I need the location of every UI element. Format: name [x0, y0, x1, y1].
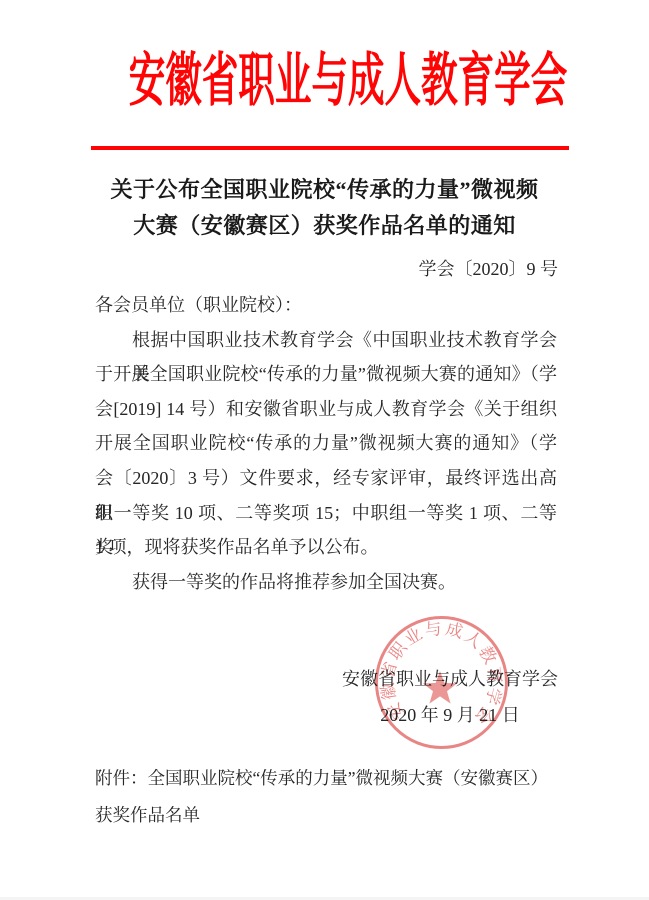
official-red-seal: 安徽省职业与成人教育学会 — [371, 612, 513, 754]
official-document-page: 安徽省职业与成人教育学会 关于公布全国职业院校“传承的力量”微视频 大赛（安徽赛… — [0, 0, 649, 900]
body-text-line: 根据中国职业技术教育学会《中国职业技术教育学会关 — [95, 323, 557, 358]
body-text-line: 获得一等奖的作品将推荐参加全国决赛。 — [95, 565, 557, 600]
document-number: 学会〔2020〕9 号 — [419, 256, 559, 282]
document-title: 关于公布全国职业院校“传承的力量”微视频 大赛（安徽赛区）获奖作品名单的通知 — [45, 172, 604, 244]
body-text-line: 1 项，现将获奖作品名单予以公布。 — [95, 530, 557, 565]
body-text-line: 开展全国职业院校“传承的力量”微视频大赛的通知》（学 — [95, 426, 557, 461]
document-body: 各会员单位（职业院校）：根据中国职业技术教育学会《中国职业技术教育学会关于开展全… — [95, 288, 557, 599]
attachment-line2: 获奖作品名单 — [95, 797, 595, 834]
letterhead-divider-line — [91, 146, 569, 150]
body-text-line: 于开展全国职业院校“传承的力量”微视频大赛的通知》（学 — [95, 357, 557, 392]
seal-star-icon — [423, 671, 457, 704]
document-title-line1: 关于公布全国职业院校“传承的力量”微视频 — [45, 172, 604, 208]
body-text-line: 会〔2020〕3 号）文件要求，经专家评审，最终评选出高职 — [95, 461, 557, 496]
letterhead: 安徽省职业与成人教育学会 — [0, 48, 649, 114]
letterhead-org-name: 安徽省职业与成人教育学会 — [129, 48, 567, 114]
body-text-line: 各会员单位（职业院校）： — [95, 288, 557, 323]
attachment-note: 附件：全国职业院校“传承的力量”微视频大赛（安徽赛区） 获奖作品名单 — [95, 760, 595, 834]
document-title-line2: 大赛（安徽赛区）获奖作品名单的通知 — [45, 208, 604, 244]
body-text-line: 会[2019] 14 号）和安徽省职业与成人教育学会《关于组织 — [95, 392, 557, 427]
body-text-line: 组一等奖 10 项、二等奖项 15；中职组一等奖 1 项、二等奖 — [95, 496, 557, 531]
attachment-line1: 附件：全国职业院校“传承的力量”微视频大赛（安徽赛区） — [95, 760, 595, 797]
